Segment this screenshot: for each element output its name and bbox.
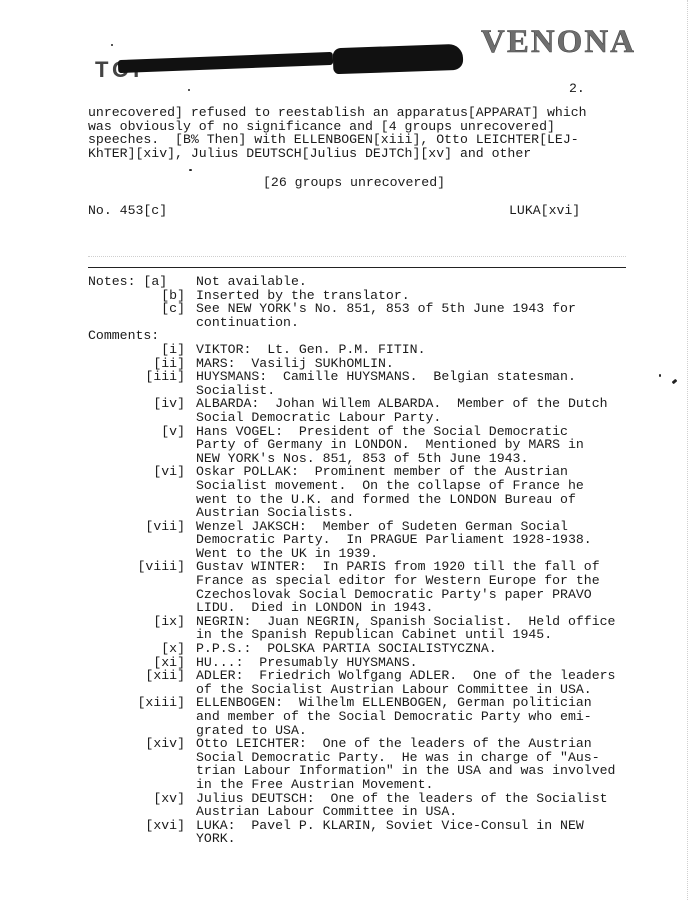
comment-item-continued: LIDU. Died in LONDON in 1943. (88, 601, 648, 615)
note-item: [c] See NEW YORK's No. 851, 853 of 5th J… (88, 302, 648, 316)
comment-item-continued: Socialist. (88, 384, 648, 398)
comment-item-continued: France as special editor for Western Eur… (88, 574, 648, 588)
comment-text: HUYSMANS: Camille HUYSMANS. Belgian stat… (196, 370, 576, 384)
note-item: Notes: [a] Not available. (88, 275, 648, 289)
comment-text: P.P.S.: POLSKA PARTIA SOCIALISTYCZNA. (196, 642, 497, 656)
scan-speck (659, 374, 661, 377)
comment-text: of the Socialist Austrian Labour Committ… (196, 683, 592, 697)
comment-text: Otto LEICHTER: One of the leaders of the… (196, 737, 592, 751)
note-label: [b] (88, 289, 185, 303)
comment-text: Democratic Party. In PRAGUE Parliament 1… (196, 533, 592, 547)
comment-text: NEGRIN: Juan NEGRIN, Spanish Socialist. … (196, 615, 615, 629)
comment-text: YORK. (196, 832, 236, 846)
comment-item-continued: in the Free Austrian Movement. (88, 778, 648, 792)
comment-text: Oskar POLLAK: Prominent member of the Au… (196, 465, 568, 479)
comment-label: [vi] (88, 465, 185, 479)
comment-item: [xvi]LUKA: Pavel P. KLARIN, Soviet Vice-… (88, 819, 648, 833)
comment-item: [ii]MARS: Vasilij SUKhOMLIN. (88, 357, 648, 371)
comment-label: [iv] (88, 397, 185, 411)
note-item-continued: continuation. (88, 316, 648, 330)
comment-text: and member of the Social Democratic Part… (196, 710, 592, 724)
note-item: [b] Inserted by the translator. (88, 289, 648, 303)
comment-item-continued: in the Spanish Republican Cabinet until … (88, 628, 648, 642)
comment-text: Went to the UK in 1939. (196, 547, 378, 561)
redaction-blob (333, 44, 464, 75)
comment-item: [xiii]ELLENBOGEN: Wilhelm ELLENBOGEN, Ge… (88, 696, 648, 710)
comment-label: [iii] (88, 370, 185, 384)
comment-text: LIDU. Died in LONDON in 1943. (196, 601, 433, 615)
note-text: See NEW YORK's No. 851, 853 of 5th June … (196, 302, 576, 316)
note-label: [a] (143, 274, 167, 289)
comments-list: [i]VIKTOR: Lt. Gen. P.M. FITIN.[ii]MARS:… (88, 343, 648, 846)
comment-item: [vi]Oskar POLLAK: Prominent member of th… (88, 465, 648, 479)
comment-label: [v] (88, 425, 185, 439)
scan-speck (672, 379, 678, 385)
comment-text: in the Free Austrian Movement. (196, 778, 433, 792)
notes-heading-label: Notes: [a] (88, 275, 185, 289)
comment-text: ALBARDA: Johan Willem ALBARDA. Member of… (196, 397, 608, 411)
comment-label: [xv] (88, 792, 185, 806)
note-text: Not available. (196, 275, 307, 289)
comments-heading: Comments: (88, 329, 648, 343)
comment-text: Socialist movement. On the collapse of F… (196, 479, 584, 493)
comment-item-continued: of the Socialist Austrian Labour Committ… (88, 683, 648, 697)
comment-text: NEW YORK's Nos. 851, 853 of 5th June 194… (196, 452, 528, 466)
venona-stamp-text: VENONA (481, 24, 636, 60)
body-line: KhTER][xiv], Julius DEUTSCH[Julius DEJTC… (88, 147, 587, 161)
comment-item: [v]Hans VOGEL: President of the Social D… (88, 425, 648, 439)
comment-item: [xi]HU...: Presumably HUYSMANS. (88, 656, 648, 670)
comment-text: trian Labour Information" in the USA and… (196, 764, 615, 778)
comment-text: France as special editor for Western Eur… (196, 574, 600, 588)
comment-item: [x]P.P.S.: POLSKA PARTIA SOCIALISTYCZNA. (88, 642, 648, 656)
redaction-bar (118, 52, 333, 73)
comment-text: Austrian Labour Committee in USA. (196, 805, 457, 819)
comment-item-continued: went to the U.K. and formed the LONDON B… (88, 493, 648, 507)
note-text: continuation. (196, 316, 299, 330)
comment-item: [iv]ALBARDA: Johan Willem ALBARDA. Membe… (88, 397, 648, 411)
document-page: VENONA TOP 2. unrecovered] refused to re… (0, 0, 695, 900)
comment-item-continued: Went to the UK in 1939. (88, 547, 648, 561)
comment-item-continued: grated to USA. (88, 724, 648, 738)
comment-item: [xii]ADLER: Friedrich Wolfgang ADLER. On… (88, 669, 648, 683)
comment-text: VIKTOR: Lt. Gen. P.M. FITIN. (196, 343, 426, 357)
body-line: was obviously of no significance and [4 … (88, 120, 587, 134)
comment-text: Gustav WINTER: In PARIS from 1920 till t… (196, 560, 600, 574)
comment-text: Czechoslovak Social Democratic Party's p… (196, 588, 592, 602)
comment-item: [ix]NEGRIN: Juan NEGRIN, Spanish Sociali… (88, 615, 648, 629)
comment-item: [xv]Julius DEUTSCH: One of the leaders o… (88, 792, 648, 806)
note-text: Inserted by the translator. (196, 289, 410, 303)
comment-item-continued: trian Labour Information" in the USA and… (88, 764, 648, 778)
faint-dotted-line (88, 256, 626, 257)
notes-heading: Notes: (88, 274, 135, 289)
comment-label: [xiii] (88, 696, 185, 710)
comment-label: [x] (88, 642, 185, 656)
comment-item-continued: NEW YORK's Nos. 851, 853 of 5th June 194… (88, 452, 648, 466)
comment-text: went to the U.K. and formed the LONDON B… (196, 493, 576, 507)
comment-label: [viii] (88, 560, 185, 574)
body-line: speeches. [B% Then] with ELLENBOGEN[xiii… (88, 133, 587, 147)
comment-item-continued: YORK. (88, 832, 648, 846)
page-edge-divider (687, 0, 689, 900)
comment-item-continued: Party of Germany in LONDON. Mentioned by… (88, 438, 648, 452)
notes-divider-rule (88, 267, 626, 268)
comment-text: ADLER: Friedrich Wolfgang ADLER. One of … (196, 669, 615, 683)
body-line: unrecovered] refused to reestablish an a… (88, 106, 587, 120)
comment-label: [i] (88, 343, 185, 357)
page-number: 2. (569, 82, 585, 96)
signature: LUKA[xvi] (509, 204, 580, 218)
unrecovered-groups-note: [26 groups unrecovered] (263, 176, 445, 190)
comment-text: Social Democratic Party. He was in charg… (196, 751, 600, 765)
comment-label: [vii] (88, 520, 185, 534)
comment-text: HU...: Presumably HUYSMANS. (196, 656, 418, 670)
comment-text: Socialist. (196, 384, 275, 398)
comment-item-continued: Socialist movement. On the collapse of F… (88, 479, 648, 493)
venona-stamp: VENONA (481, 24, 636, 61)
comment-text: Julius DEUTSCH: One of the leaders of th… (196, 792, 608, 806)
comment-label: [xvi] (88, 819, 185, 833)
note-label: [c] (88, 302, 185, 316)
comment-item: [iii]HUYSMANS: Camille HUYSMANS. Belgian… (88, 370, 648, 384)
comment-text: LUKA: Pavel P. KLARIN, Soviet Vice-Consu… (196, 819, 584, 833)
comment-item-continued: Social Democratic Party. He was in charg… (88, 751, 648, 765)
comment-label: [xiv] (88, 737, 185, 751)
comment-item-continued: Austrian Labour Committee in USA. (88, 805, 648, 819)
comment-item-continued: Czechoslovak Social Democratic Party's p… (88, 588, 648, 602)
comment-text: grated to USA. (196, 724, 307, 738)
comment-item-continued: and member of the Social Democratic Part… (88, 710, 648, 724)
comment-text: Austrian Socialists. (196, 506, 354, 520)
comment-item: [viii]Gustav WINTER: In PARIS from 1920 … (88, 560, 648, 574)
comment-label: [xii] (88, 669, 185, 683)
comment-label: [xi] (88, 656, 185, 670)
comment-item: [i]VIKTOR: Lt. Gen. P.M. FITIN. (88, 343, 648, 357)
comment-item-continued: Social Democratic Labour Party. (88, 411, 648, 425)
message-body: unrecovered] refused to reestablish an a… (88, 106, 587, 160)
comment-text: in the Spanish Republican Cabinet until … (196, 628, 552, 642)
comment-text: Party of Germany in LONDON. Mentioned by… (196, 438, 584, 452)
comment-label: [ix] (88, 615, 185, 629)
scan-speck (189, 169, 192, 171)
comment-item: [xiv]Otto LEICHTER: One of the leaders o… (88, 737, 648, 751)
notes-and-comments: Notes: [a] Not available. [b] Inserted b… (88, 275, 648, 846)
comment-text: Social Democratic Labour Party. (196, 411, 441, 425)
comment-text: MARS: Vasilij SUKhOMLIN. (196, 357, 394, 371)
comment-text: ELLENBOGEN: Wilhelm ELLENBOGEN, German p… (196, 696, 592, 710)
scan-speck (111, 44, 113, 46)
comment-text: Wenzel JAKSCH: Member of Sudeten German … (196, 520, 568, 534)
scan-speck (188, 89, 190, 91)
message-number: No. 453[c] (88, 204, 167, 218)
comment-label: [ii] (88, 357, 185, 371)
comment-item-continued: Austrian Socialists. (88, 506, 648, 520)
comment-text: Hans VOGEL: President of the Social Demo… (196, 425, 568, 439)
comment-item-continued: Democratic Party. In PRAGUE Parliament 1… (88, 533, 648, 547)
comment-item: [vii]Wenzel JAKSCH: Member of Sudeten Ge… (88, 520, 648, 534)
